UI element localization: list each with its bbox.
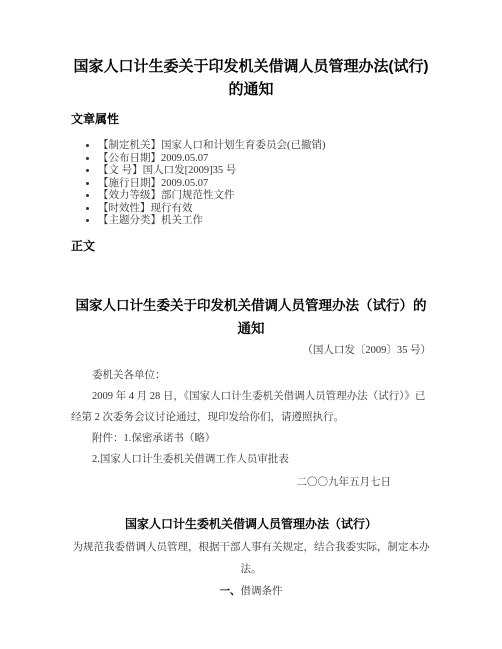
- attribute-label: 【公布日期】: [98, 153, 161, 164]
- paragraph-approval: 2009 年 4 月 28 日，《国家人口计生委机关借调人员管理办法（试行）》已…: [71, 386, 431, 428]
- attribute-label: 【时效性】: [98, 203, 151, 214]
- attribute-item: 【制定机关】国家人口和计划生育委员会(已撤销): [98, 140, 431, 153]
- attribute-value: 2009.05.07: [161, 153, 208, 164]
- attribute-value: 国家人口和计划生育委员会(已撤销): [161, 140, 326, 151]
- document-body: 委机关各单位： 2009 年 4 月 28 日，《国家人口计生委机关借调人员管理…: [71, 365, 431, 470]
- attribute-label: 【施行日期】: [98, 178, 161, 189]
- attributes-list: 【制定机关】国家人口和计划生育委员会(已撤销) 【公布日期】2009.05.07…: [71, 140, 431, 228]
- section-title: 借调条件: [241, 586, 283, 597]
- measures-intro-paragraph: 为规范我委借调人员管理，根据干部人事有关规定，结合我委实际，制定本办法。: [71, 537, 431, 581]
- attribute-value: 现行有效: [151, 203, 193, 214]
- section-heading-1: 一、借调条件: [71, 581, 431, 602]
- attribute-item: 【主题分类】机关工作: [98, 215, 431, 228]
- salutation: 委机关各单位：: [71, 365, 431, 386]
- attachment-line-2: 2.国家人口计生委机关借调工作人员审批表: [71, 449, 431, 470]
- attribute-value: 部门规范性文件: [161, 190, 235, 201]
- attribute-item: 【时效性】现行有效: [98, 203, 431, 216]
- document-page: 国家人口计生委关于印发机关借调人员管理办法(试行)的通知 文章属性 【制定机关】…: [0, 0, 502, 649]
- attribute-label: 【效力等级】: [98, 190, 161, 201]
- measures-title: 国家人口计生委机关借调人员管理办法（试行）: [71, 517, 431, 531]
- attribute-item: 【文 号】国人口发[2009]35 号: [98, 165, 431, 178]
- attribute-value: 机关工作: [161, 215, 203, 226]
- section-number: 一、: [220, 586, 241, 597]
- document-number: （国人口发〔2009〕35 号）: [71, 344, 431, 357]
- attribute-value: 2009.05.07: [161, 178, 208, 189]
- attribute-label: 【主题分类】: [98, 215, 161, 226]
- page-title: 国家人口计生委关于印发机关借调人员管理办法(试行)的通知: [71, 55, 431, 101]
- attachment-line-1: 附件：1.保密承诺书（略）: [71, 428, 431, 449]
- document-title: 国家人口计生委关于印发机关借调人员管理办法（试行）的通知: [71, 294, 431, 340]
- attribute-label: 【制定机关】: [98, 140, 161, 151]
- attribute-item: 【效力等级】部门规范性文件: [98, 190, 431, 203]
- attribute-value: 国人口发[2009]35 号: [143, 165, 237, 176]
- attribute-item: 【施行日期】2009.05.07: [98, 178, 431, 191]
- issue-date: 二〇〇九年五月七日: [71, 472, 431, 493]
- body-heading: 正文: [71, 240, 431, 253]
- attribute-label: 【文 号】: [98, 165, 143, 176]
- attribute-item: 【公布日期】2009.05.07: [98, 153, 431, 166]
- attributes-heading: 文章属性: [71, 113, 431, 126]
